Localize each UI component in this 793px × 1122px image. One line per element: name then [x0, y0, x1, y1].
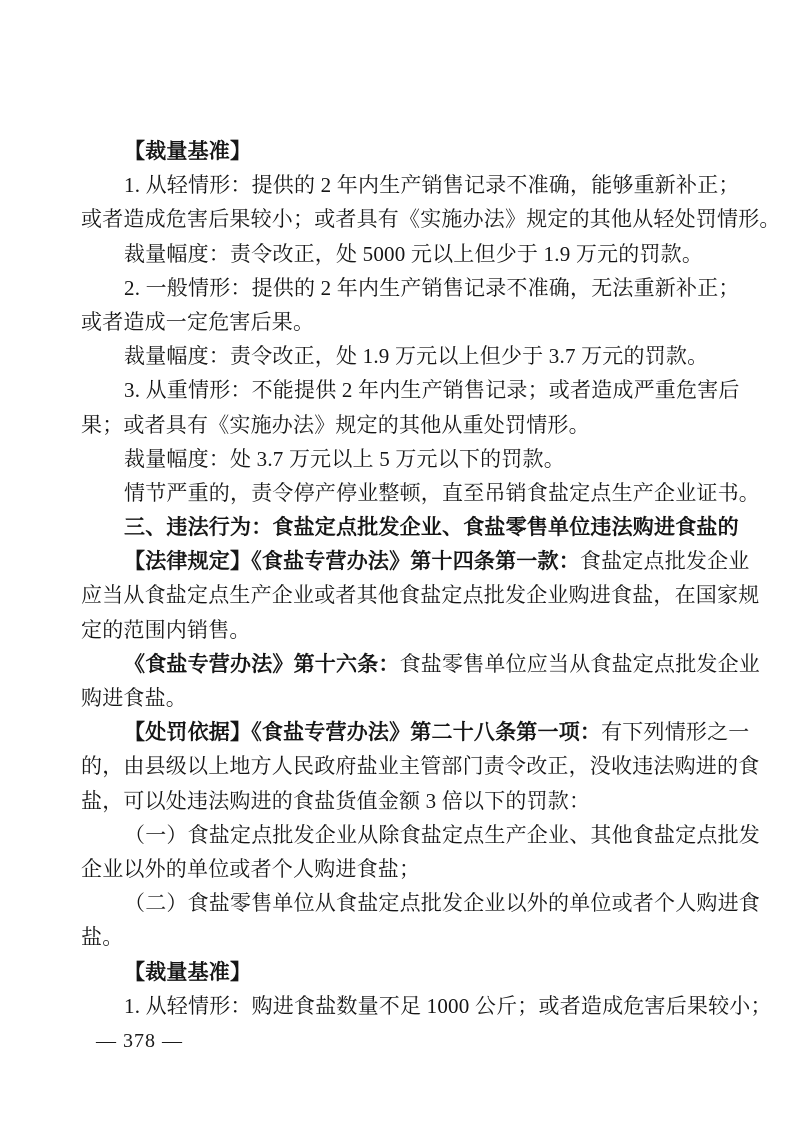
line-text: 裁量幅度：责令改正，处 5000 元以上但少于 1.9 万元的罚款。: [124, 242, 703, 266]
line-text: 有下列情形之一: [601, 720, 749, 744]
heading-text: 【裁量基准】: [124, 139, 251, 163]
heading-discretion-criteria: 【裁量基准】: [81, 955, 729, 989]
page-number: — 378 —: [96, 1030, 183, 1053]
label-article-16: 《食盐专营办法》第十六条：: [124, 652, 400, 676]
heading-text: 【裁量基准】: [124, 960, 251, 984]
paragraph-line: 裁量幅度：责令改正，处 5000 元以上但少于 1.9 万元的罚款。: [81, 237, 729, 271]
paragraph-line: 1. 从轻情形：购进食盐数量不足 1000 公斤；或者造成危害后果较小；: [81, 989, 729, 1023]
line-text: 盐。: [81, 925, 123, 949]
paragraph-line-item-2: （二）食盐零售单位从食盐定点批发企业以外的单位或者个人购进食: [81, 886, 729, 920]
paragraph-line-item-1: （一）食盐定点批发企业从除食盐定点生产企业、其他食盐定点批发: [81, 818, 729, 852]
heading-discretion-criteria: 【裁量基准】: [81, 134, 729, 168]
paragraph-line: 裁量幅度：处 3.7 万元以上 5 万元以下的罚款。: [81, 442, 729, 476]
line-text: （二）食盐零售单位从食盐定点批发企业以外的单位或者个人购进食: [124, 891, 760, 915]
line-text: 1. 从轻情形：提供的 2 年内生产销售记录不准确，能够重新补正；: [124, 173, 740, 197]
heading-text: 三、违法行为：食盐定点批发企业、食盐零售单位违法购进食盐的: [124, 515, 739, 539]
paragraph-line: 的，由县级以上地方人民政府盐业主管部门责令改正，没收违法购进的食: [81, 749, 729, 783]
paragraph-line-penalty-basis: 【处罚依据】《食盐专营办法》第二十八条第一项：有下列情形之一: [81, 715, 729, 749]
line-text: 食盐零售单位应当从食盐定点批发企业: [400, 652, 760, 676]
line-text: 食盐定点批发企业: [580, 549, 750, 573]
line-text: 定的范围内销售。: [81, 618, 251, 642]
paragraph-line: 3. 从重情形：不能提供 2 年内生产销售记录；或者造成严重危害后: [81, 373, 729, 407]
paragraph-line: 2. 一般情形：提供的 2 年内生产销售记录不准确，无法重新补正；: [81, 271, 729, 305]
paragraph-line: 果；或者具有《实施办法》规定的其他从重处罚情形。: [81, 408, 729, 442]
line-text: 或者造成一定危害后果。: [81, 310, 314, 334]
line-text: 的，由县级以上地方人民政府盐业主管部门责令改正，没收违法购进的食: [81, 754, 759, 778]
label-legal-provision: 【法律规定】《食盐专营办法》第十四条第一款：: [124, 549, 580, 573]
paragraph-line-legal-provision: 【法律规定】《食盐专营办法》第十四条第一款：食盐定点批发企业: [81, 544, 729, 578]
line-text: 盐，可以处违法购进的食盐货值金额 3 倍以下的罚款：: [81, 789, 590, 813]
paragraph-line: 情节严重的，责令停产停业整顿，直至吊销食盐定点生产企业证书。: [81, 476, 729, 510]
line-text: （一）食盐定点批发企业从除食盐定点生产企业、其他食盐定点批发: [124, 823, 760, 847]
line-text: 1. 从轻情形：购进食盐数量不足 1000 公斤；或者造成危害后果较小；: [124, 994, 772, 1018]
paragraph-line: 或者造成一定危害后果。: [81, 305, 729, 339]
line-text: 情节严重的，责令停产停业整顿，直至吊销食盐定点生产企业证书。: [124, 481, 760, 505]
line-text: 3. 从重情形：不能提供 2 年内生产销售记录；或者造成严重危害后: [124, 378, 740, 402]
line-text: 裁量幅度：责令改正，处 1.9 万元以上但少于 3.7 万元的罚款。: [124, 344, 708, 368]
line-text: 果；或者具有《实施办法》规定的其他从重处罚情形。: [81, 413, 590, 437]
paragraph-line: 应当从食盐定点生产企业或者其他食盐定点批发企业购进食盐，在国家规: [81, 578, 729, 612]
paragraph-line: 定的范围内销售。: [81, 613, 729, 647]
line-text: 2. 一般情形：提供的 2 年内生产销售记录不准确，无法重新补正；: [124, 276, 740, 300]
document-body: 【裁量基准】 1. 从轻情形：提供的 2 年内生产销售记录不准确，能够重新补正；…: [81, 134, 729, 1023]
line-text: 购进食盐。: [81, 686, 187, 710]
paragraph-line-article-16: 《食盐专营办法》第十六条：食盐零售单位应当从食盐定点批发企业: [81, 647, 729, 681]
paragraph-line: 盐。: [81, 920, 729, 954]
heading-violation-item-3: 三、违法行为：食盐定点批发企业、食盐零售单位违法购进食盐的: [81, 510, 729, 544]
line-text: 企业以外的单位或者个人购进食盐；: [81, 857, 420, 881]
paragraph-line: 或者造成危害后果较小；或者具有《实施办法》规定的其他从轻处罚情形。: [81, 202, 729, 236]
paragraph-line: 1. 从轻情形：提供的 2 年内生产销售记录不准确，能够重新补正；: [81, 168, 729, 202]
paragraph-line: 裁量幅度：责令改正，处 1.9 万元以上但少于 3.7 万元的罚款。: [81, 339, 729, 373]
line-text: 或者造成危害后果较小；或者具有《实施办法》规定的其他从轻处罚情形。: [81, 207, 781, 231]
paragraph-line: 购进食盐。: [81, 681, 729, 715]
label-penalty-basis: 【处罚依据】《食盐专营办法》第二十八条第一项：: [124, 720, 601, 744]
paragraph-line: 盐，可以处违法购进的食盐货值金额 3 倍以下的罚款：: [81, 784, 729, 818]
line-text: 应当从食盐定点生产企业或者其他食盐定点批发企业购进食盐，在国家规: [81, 583, 759, 607]
line-text: 裁量幅度：处 3.7 万元以上 5 万元以下的罚款。: [124, 447, 565, 471]
paragraph-line: 企业以外的单位或者个人购进食盐；: [81, 852, 729, 886]
